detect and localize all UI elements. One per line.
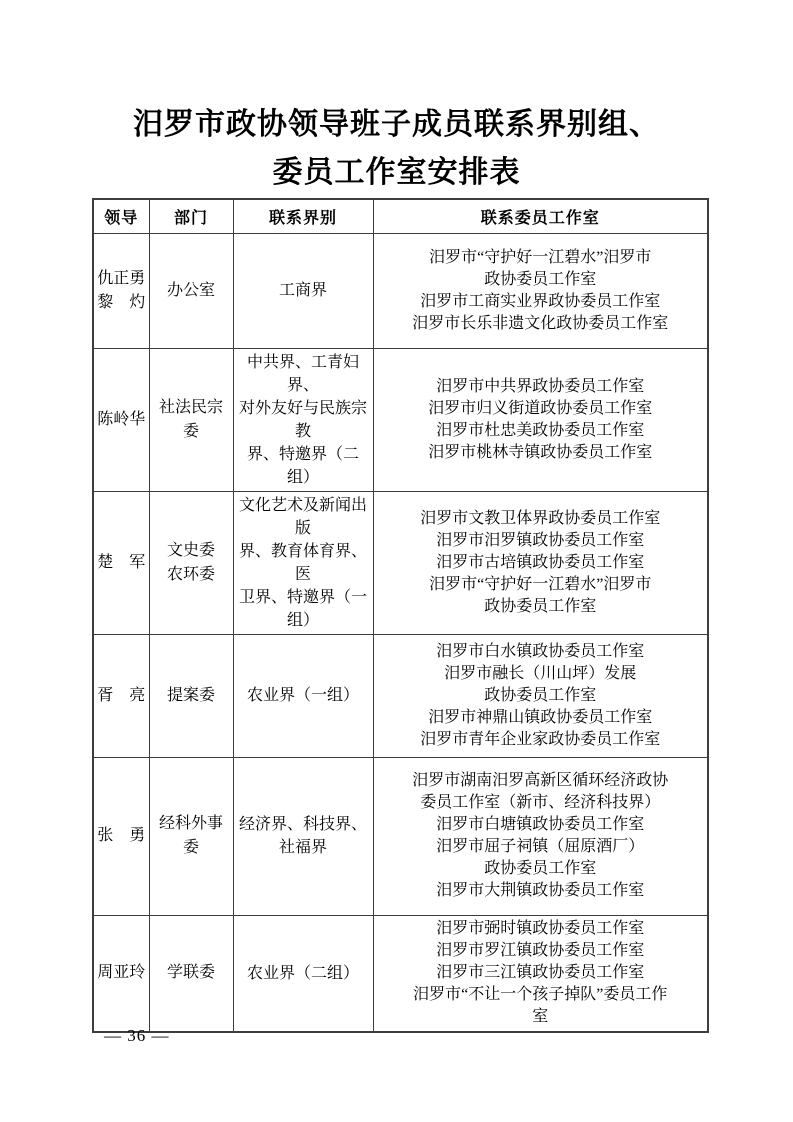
- workshop-item: 汨罗市中共界政协委员工作室: [377, 376, 705, 398]
- workshop-item: 汨罗市罗江镇政协委员工作室: [377, 940, 705, 962]
- sector-cell: 经济界、科技界、 社福界: [233, 757, 373, 915]
- workshop-item: 汨罗市“守护好一江碧水”汨罗市 政协委员工作室: [377, 247, 705, 291]
- workshops-cell: 汨罗市弼时镇政协委员工作室汨罗市罗江镇政协委员工作室汨罗市三江镇政协委员工作室汨…: [373, 915, 708, 1032]
- sector-cell: 农业界（一组）: [233, 634, 373, 757]
- workshop-item: 汨罗市神鼎山镇政协委员工作室: [377, 707, 705, 729]
- header-leader: 领导: [93, 199, 149, 233]
- department-cell: 文史委 农环委: [149, 491, 233, 634]
- table-row: 张 勇 经科外事委 经济界、科技界、 社福界 汨罗市湖南汨罗高新区循环经济政协 …: [93, 757, 708, 915]
- document-page: 汨罗市政协领导班子成员联系界别组、 委员工作室安排表 领导 部门 联系界别 联系…: [0, 0, 793, 1122]
- header-sector: 联系界别: [233, 199, 373, 233]
- leader-cell: 周亚玲: [93, 915, 149, 1032]
- header-workshops: 联系委员工作室: [373, 199, 708, 233]
- department-cell: 社法民宗委: [149, 348, 233, 491]
- sector-cell: 中共界、工青妇界、 对外友好与民族宗教 界、特邀界（二组）: [233, 348, 373, 491]
- workshops-cell: 汨罗市湖南汨罗高新区循环经济政协 委员工作室（新市、经济科技界）汨罗市白塘镇政协…: [373, 757, 708, 915]
- workshop-item: 汨罗市湖南汨罗高新区循环经济政协 委员工作室（新市、经济科技界）: [377, 770, 705, 814]
- sector-cell: 文化艺术及新闻出版 界、教育体育界、医 卫界、特邀界（一组）: [233, 491, 373, 634]
- workshop-item: 汨罗市杜忠美政协委员工作室: [377, 420, 705, 442]
- workshop-item: 汨罗市汨罗镇政协委员工作室: [377, 530, 705, 552]
- workshops-list: 汨罗市湖南汨罗高新区循环经济政协 委员工作室（新市、经济科技界）汨罗市白塘镇政协…: [377, 770, 705, 902]
- page-number: — 36 —: [104, 1026, 170, 1046]
- workshops-cell: 汨罗市白水镇政协委员工作室汨罗市融长（川山坪）发展 政协委员工作室汨罗市神鼎山镇…: [373, 634, 708, 757]
- workshop-item: 汨罗市桃林寺镇政协委员工作室: [377, 442, 705, 464]
- workshops-cell: 汨罗市文教卫体界政协委员工作室汨罗市汨罗镇政协委员工作室汨罗市古培镇政协委员工作…: [373, 491, 708, 634]
- leader-cell: 仇正勇 黎 灼: [93, 233, 149, 348]
- sector-cell: 农业界（二组）: [233, 915, 373, 1032]
- department-cell: 提案委: [149, 634, 233, 757]
- sector-cell: 工商界: [233, 233, 373, 348]
- workshops-list: 汨罗市弼时镇政协委员工作室汨罗市罗江镇政协委员工作室汨罗市三江镇政协委员工作室汨…: [377, 918, 705, 1028]
- table-header-row: 领导 部门 联系界别 联系委员工作室: [93, 199, 708, 233]
- workshop-item: 汨罗市青年企业家政协委员工作室: [377, 729, 705, 751]
- workshop-item: 汨罗市白塘镇政协委员工作室: [377, 814, 705, 836]
- table-row: 胥 亮 提案委 农业界（一组） 汨罗市白水镇政协委员工作室汨罗市融长（川山坪）发…: [93, 634, 708, 757]
- page-title: 汨罗市政协领导班子成员联系界别组、 委员工作室安排表: [0, 101, 793, 197]
- workshops-list: 汨罗市中共界政协委员工作室汨罗市归义街道政协委员工作室汨罗市杜忠美政协委员工作室…: [377, 376, 705, 464]
- leader-cell: 张 勇: [93, 757, 149, 915]
- department-cell: 学联委: [149, 915, 233, 1032]
- workshop-item: 汨罗市弼时镇政协委员工作室: [377, 918, 705, 940]
- workshop-item: 汨罗市白水镇政协委员工作室: [377, 641, 705, 663]
- assignment-table: 领导 部门 联系界别 联系委员工作室 仇正勇 黎 灼 办公室 工商界 汨罗市“守…: [92, 198, 709, 1033]
- workshops-cell: 汨罗市“守护好一江碧水”汨罗市 政协委员工作室汨罗市工商实业界政协委员工作室汨罗…: [373, 233, 708, 348]
- header-department: 部门: [149, 199, 233, 233]
- leader-cell: 楚 军: [93, 491, 149, 634]
- table-row: 仇正勇 黎 灼 办公室 工商界 汨罗市“守护好一江碧水”汨罗市 政协委员工作室汨…: [93, 233, 708, 348]
- table-row: 楚 军 文史委 农环委 文化艺术及新闻出版 界、教育体育界、医 卫界、特邀界（一…: [93, 491, 708, 634]
- workshop-item: 汨罗市工商实业界政协委员工作室: [377, 291, 705, 313]
- workshops-list: 汨罗市文教卫体界政协委员工作室汨罗市汨罗镇政协委员工作室汨罗市古培镇政协委员工作…: [377, 508, 705, 618]
- workshops-cell: 汨罗市中共界政协委员工作室汨罗市归义街道政协委员工作室汨罗市杜忠美政协委员工作室…: [373, 348, 708, 491]
- workshop-item: 汨罗市屈子祠镇（屈原酒厂） 政协委员工作室: [377, 836, 705, 880]
- table-row: 陈岭华 社法民宗委 中共界、工青妇界、 对外友好与民族宗教 界、特邀界（二组） …: [93, 348, 708, 491]
- workshop-item: 汨罗市融长（川山坪）发展 政协委员工作室: [377, 663, 705, 707]
- workshops-list: 汨罗市白水镇政协委员工作室汨罗市融长（川山坪）发展 政协委员工作室汨罗市神鼎山镇…: [377, 641, 705, 751]
- department-cell: 经科外事委: [149, 757, 233, 915]
- workshop-item: 汨罗市大荆镇政协委员工作室: [377, 880, 705, 902]
- table-row: 周亚玲 学联委 农业界（二组） 汨罗市弼时镇政协委员工作室汨罗市罗江镇政协委员工…: [93, 915, 708, 1032]
- leader-cell: 胥 亮: [93, 634, 149, 757]
- workshop-item: 汨罗市“不让一个孩子掉队”委员工作 室: [377, 984, 705, 1028]
- workshop-item: 汨罗市长乐非遗文化政协委员工作室: [377, 313, 705, 335]
- page-title-line-2: 委员工作室安排表: [0, 149, 793, 197]
- page-title-line-1: 汨罗市政协领导班子成员联系界别组、: [0, 101, 793, 149]
- workshop-item: 汨罗市古培镇政协委员工作室: [377, 552, 705, 574]
- workshop-item: 汨罗市三江镇政协委员工作室: [377, 962, 705, 984]
- workshop-item: 汨罗市“守护好一江碧水”汨罗市 政协委员工作室: [377, 574, 705, 618]
- department-cell: 办公室: [149, 233, 233, 348]
- workshops-list: 汨罗市“守护好一江碧水”汨罗市 政协委员工作室汨罗市工商实业界政协委员工作室汨罗…: [377, 247, 705, 335]
- leader-cell: 陈岭华: [93, 348, 149, 491]
- workshop-item: 汨罗市文教卫体界政协委员工作室: [377, 508, 705, 530]
- workshop-item: 汨罗市归义街道政协委员工作室: [377, 398, 705, 420]
